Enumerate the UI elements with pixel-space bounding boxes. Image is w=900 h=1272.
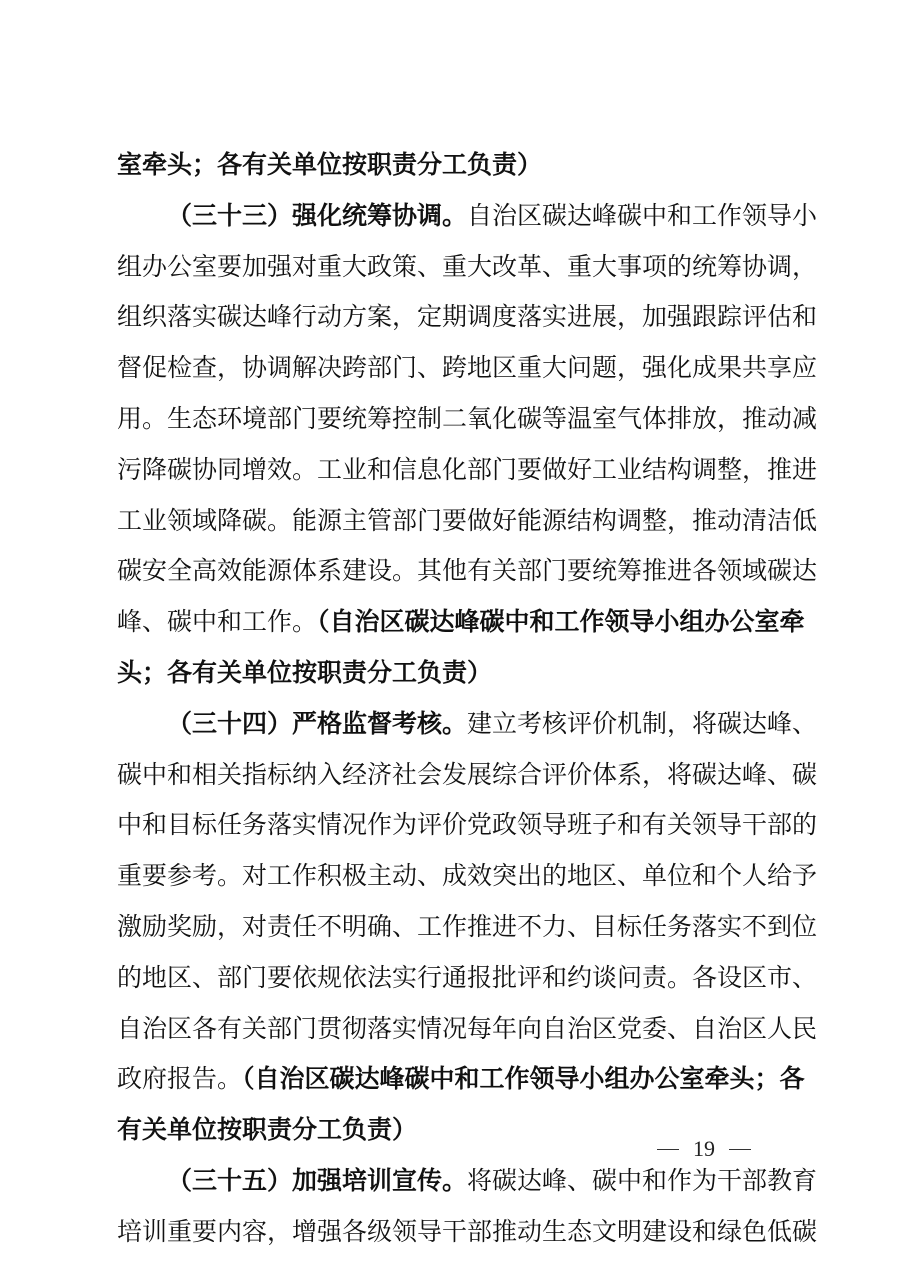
text-line: 峰、碳中和工作。（自治区碳达峰碳中和工作领导小组办公室牵	[117, 597, 785, 648]
body-text: 室牵头；各有关单位按职责分工负责）（三十三）强化统筹协调。自治区碳达峰碳中和工作…	[117, 140, 785, 1258]
text-line: 中和目标任务落实情况作为评价党政领导班子和有关领导干部的	[117, 800, 785, 851]
text-segment: 组办公室要加强对重大政策、重大改革、重大事项的统筹协调，	[117, 252, 817, 281]
section-heading: （三十四）严格监督考核。	[167, 709, 467, 738]
text-line: 头；各有关单位按职责分工负责）	[117, 648, 785, 699]
text-segment: 自治区碳达峰碳中和工作领导小	[467, 201, 817, 230]
responsibility-note: 头；各有关单位按职责分工负责）	[117, 658, 492, 687]
text-line: 组办公室要加强对重大政策、重大改革、重大事项的统筹协调，	[117, 242, 785, 293]
text-line: 激励奖励，对责任不明确、工作推进不力、目标任务落实不到位	[117, 902, 785, 953]
responsibility-note: （自治区碳达峰碳中和工作领导小组办公室牵头；各	[242, 1064, 805, 1093]
text-segment: 中和目标任务落实情况作为评价党政领导班子和有关领导干部的	[117, 810, 817, 839]
text-segment: 重要参考。对工作积极主动、成效突出的地区、单位和个人给予	[117, 861, 817, 890]
text-segment: 的地区、部门要依规依法实行通报批评和约谈问责。各设区市、	[117, 963, 817, 992]
page-number-value: 19	[693, 1136, 715, 1162]
text-segment: 建立考核评价机制，将碳达峰、	[467, 709, 817, 738]
text-line: 工业领域降碳。能源主管部门要做好能源结构调整，推动清洁低	[117, 496, 785, 547]
dash-left	[657, 1149, 679, 1150]
text-segment: 峰、碳中和工作。	[117, 607, 317, 636]
dash-right	[729, 1149, 751, 1150]
text-line: 自治区各有关部门贯彻落实情况每年向自治区党委、自治区人民	[117, 1004, 785, 1055]
text-segment: 激励奖励，对责任不明确、工作推进不力、目标任务落实不到位	[117, 912, 817, 941]
text-segment: 组织落实碳达峰行动方案，定期调度落实进展，加强跟踪评估和	[117, 302, 817, 331]
text-segment: 用。生态环境部门要统筹控制二氧化碳等温室气体排放，推动减	[117, 404, 817, 433]
text-line: 碳中和相关指标纳入经济社会发展综合评价体系，将碳达峰、碳	[117, 750, 785, 801]
text-line: 碳安全高效能源体系建设。其他有关部门要统筹推进各领域碳达	[117, 546, 785, 597]
text-segment: 将碳达峰、碳中和作为干部教育	[467, 1166, 817, 1195]
text-line: 的地区、部门要依规依法实行通报批评和约谈问责。各设区市、	[117, 953, 785, 1004]
text-segment: 污降碳协同增效。工业和信息化部门要做好工业结构调整，推进	[117, 455, 817, 484]
text-segment: 碳中和相关指标纳入经济社会发展综合评价体系，将碳达峰、碳	[117, 760, 817, 789]
text-line: 室牵头；各有关单位按职责分工负责）	[117, 140, 785, 191]
text-line: 政府报告。（自治区碳达峰碳中和工作领导小组办公室牵头；各	[117, 1054, 785, 1105]
page-number: 19	[657, 1136, 777, 1162]
text-line: 督促检查，协调解决跨部门、跨地区重大问题，强化成果共享应	[117, 343, 785, 394]
text-segment: 工业领域降碳。能源主管部门要做好能源结构调整，推动清洁低	[117, 506, 817, 535]
section-heading: （三十三）强化统筹协调。	[167, 201, 467, 230]
document-page: 室牵头；各有关单位按职责分工负责）（三十三）强化统筹协调。自治区碳达峰碳中和工作…	[0, 0, 900, 1272]
text-line: （三十五）加强培训宣传。将碳达峰、碳中和作为干部教育	[117, 1156, 785, 1207]
text-line: （三十四）严格监督考核。建立考核评价机制，将碳达峰、	[117, 699, 785, 750]
text-segment: 政府报告。	[117, 1064, 242, 1093]
responsibility-note: 有关单位按职责分工负责）	[117, 1115, 417, 1144]
text-segment: 自治区各有关部门贯彻落实情况每年向自治区党委、自治区人民	[117, 1014, 817, 1043]
text-line: 组织落实碳达峰行动方案，定期调度落实进展，加强跟踪评估和	[117, 292, 785, 343]
text-segment: 碳安全高效能源体系建设。其他有关部门要统筹推进各领域碳达	[117, 556, 817, 585]
text-segment: 督促检查，协调解决跨部门、跨地区重大问题，强化成果共享应	[117, 353, 817, 382]
text-line: 污降碳协同增效。工业和信息化部门要做好工业结构调整，推进	[117, 445, 785, 496]
section-heading: （三十五）加强培训宣传。	[167, 1166, 467, 1195]
text-line: 重要参考。对工作积极主动、成效突出的地区、单位和个人给予	[117, 851, 785, 902]
responsibility-note: （自治区碳达峰碳中和工作领导小组办公室牵	[317, 607, 805, 636]
text-segment: 培训重要内容，增强各级领导干部推动生态文明建设和绿色低碳	[117, 1217, 817, 1246]
text-line: 用。生态环境部门要统筹控制二氧化碳等温室气体排放，推动减	[117, 394, 785, 445]
responsibility-note: 室牵头；各有关单位按职责分工负责）	[117, 150, 542, 179]
text-line: 培训重要内容，增强各级领导干部推动生态文明建设和绿色低碳	[117, 1207, 785, 1258]
text-line: （三十三）强化统筹协调。自治区碳达峰碳中和工作领导小	[117, 191, 785, 242]
